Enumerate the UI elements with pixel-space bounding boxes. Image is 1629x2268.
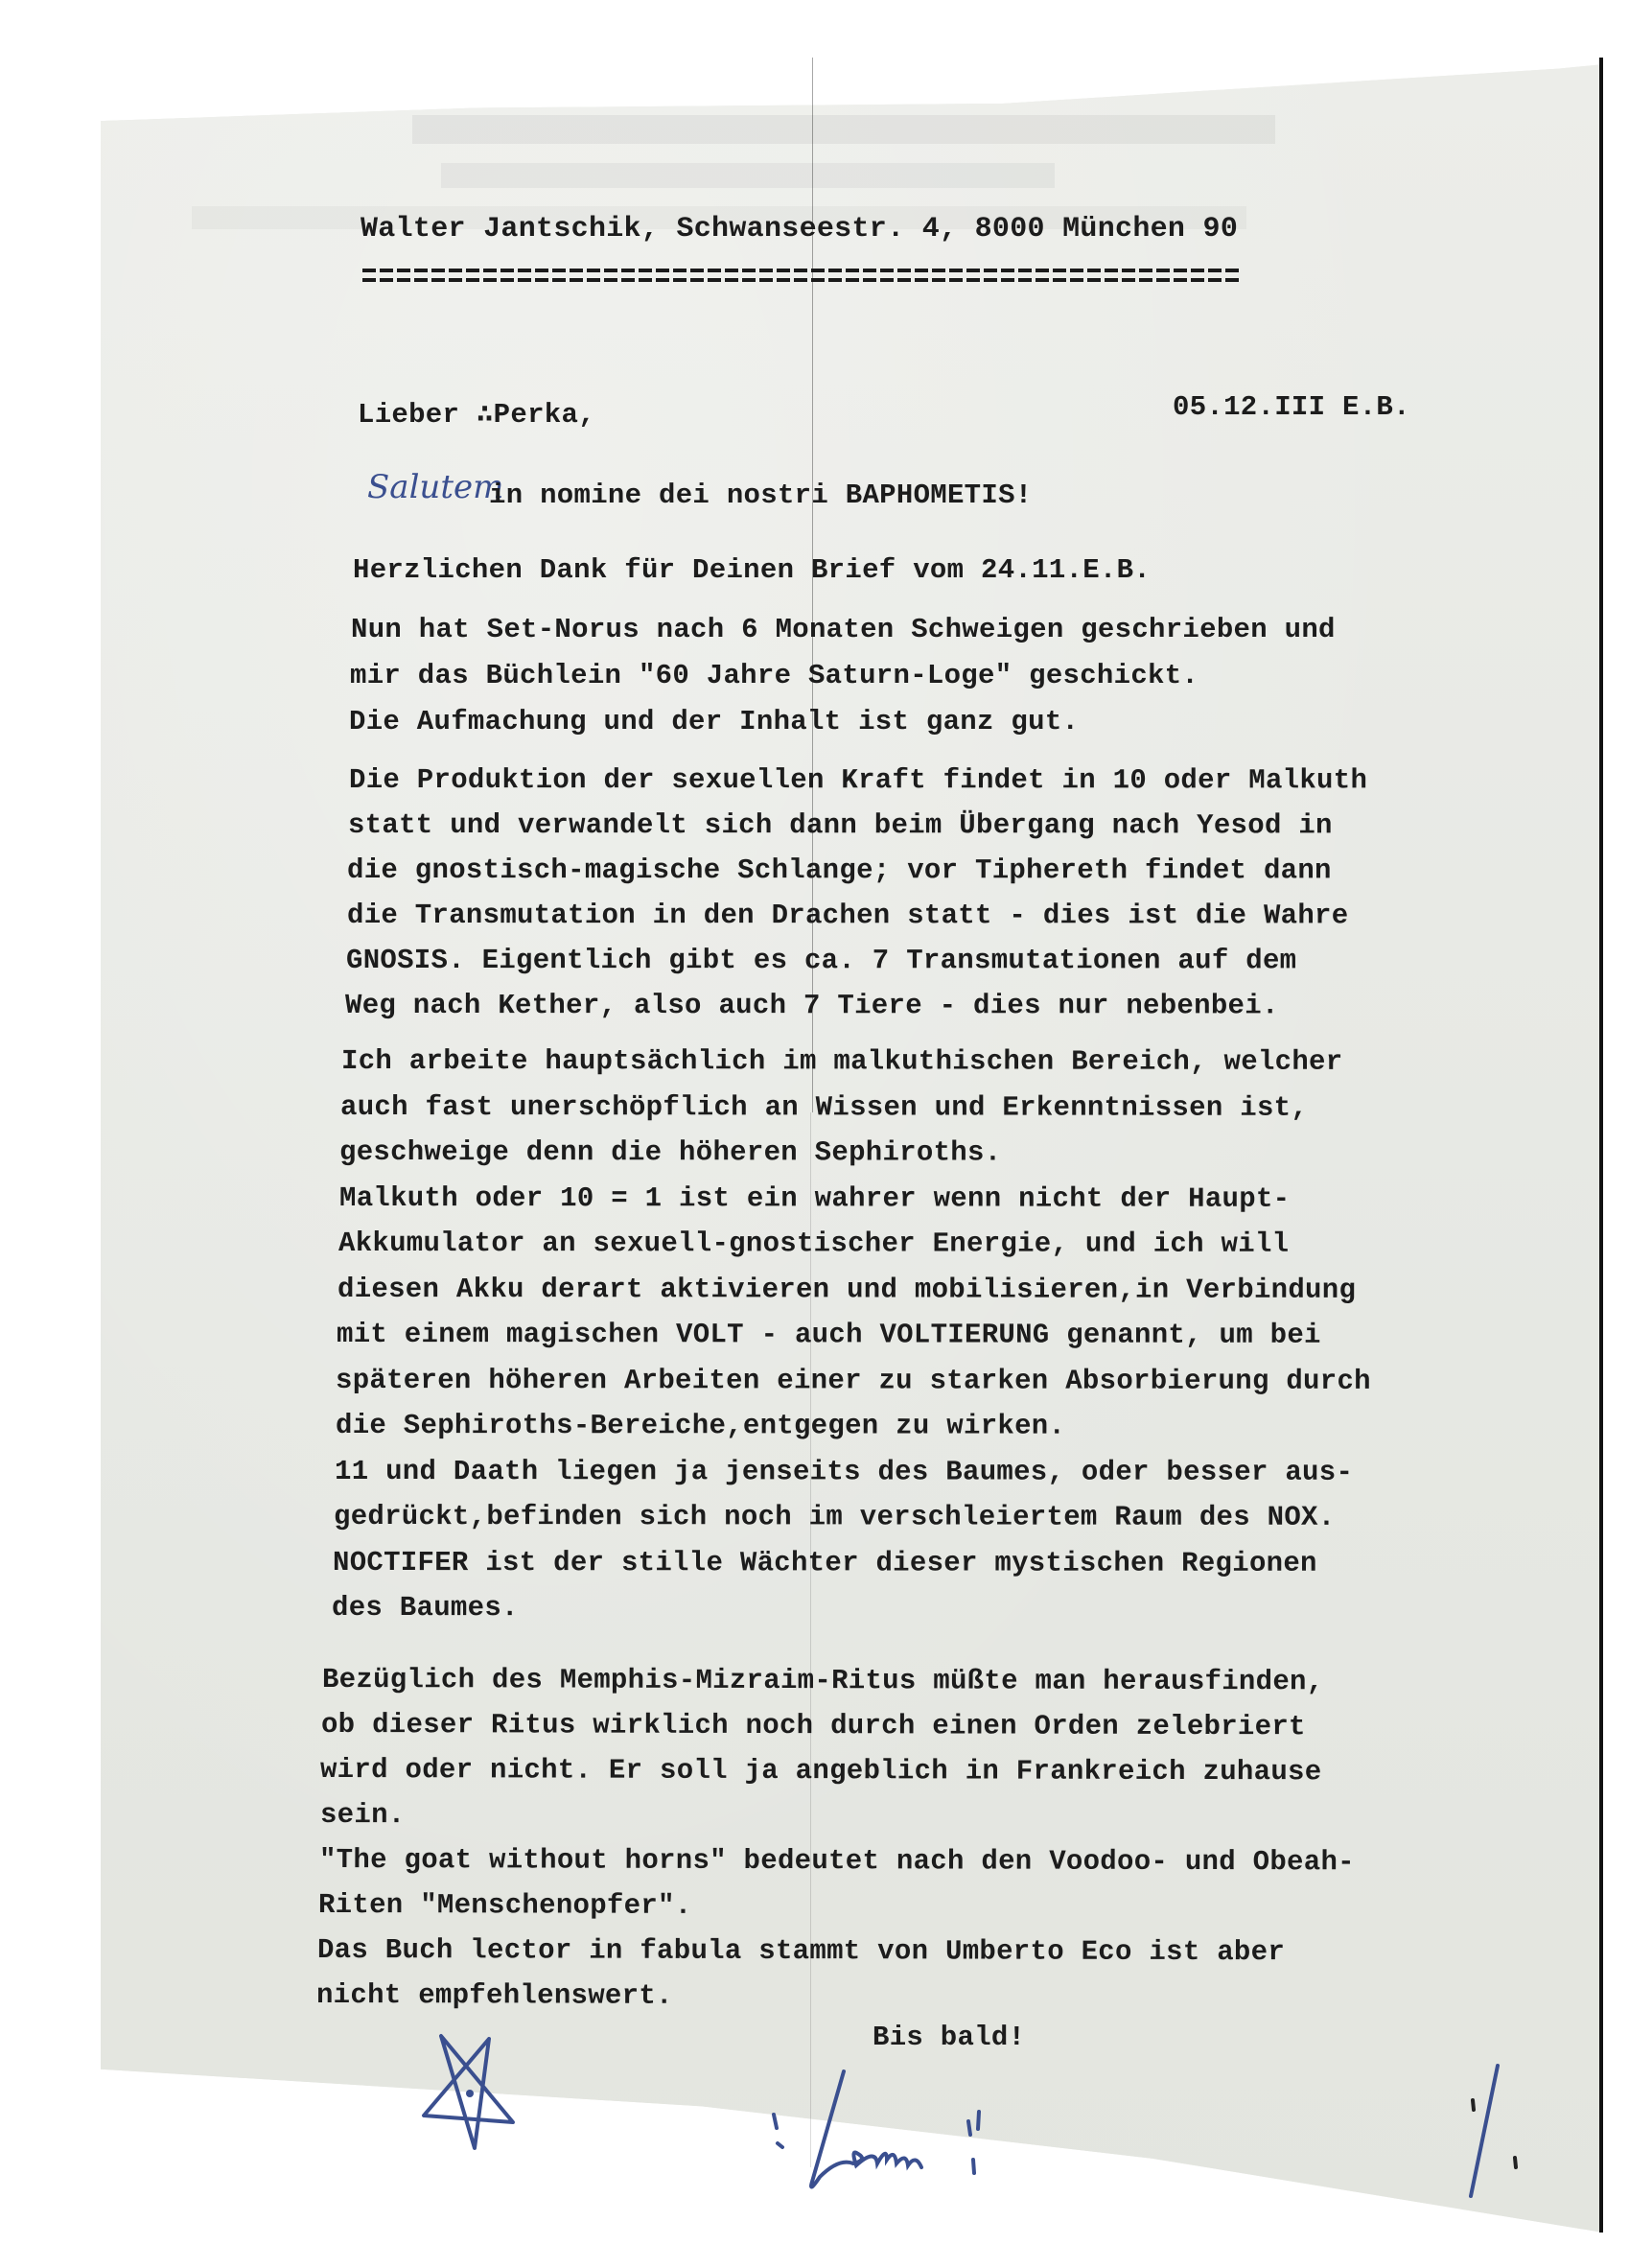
salutation: Lieber ∴Perka, (358, 396, 595, 431)
body-line: die Transmutation in den Drachen statt -… (347, 900, 1348, 931)
pentagram-icon (422, 2031, 527, 2156)
body-line: ob dieser Ritus wirklich noch durch eine… (321, 1709, 1306, 1742)
body-line: diesen Akku derart aktivieren und mobili… (337, 1274, 1356, 1306)
body-line: mit einem magischen VOLT - auch VOLTIERU… (337, 1319, 1321, 1351)
body-line: Ich arbeite hauptsächlich im malkuthisch… (341, 1045, 1342, 1078)
body-line: GNOSIS. Eigentlich gibt es ca. 7 Transmu… (346, 945, 1296, 976)
body-line: des Baumes. (332, 1592, 519, 1624)
body-line: auch fast unerschöpflich an Wissen und E… (340, 1091, 1308, 1124)
body-line: Nun hat Set-Norus nach 6 Monaten Schweig… (351, 614, 1336, 645)
body-line: die Sephiroths-Bereiche,entgegen zu wirk… (336, 1410, 1065, 1442)
handwritten-greeting: Salutem (367, 468, 503, 506)
signature (762, 2071, 1146, 2196)
body-line: Das Buch lector in fabula stammt von Umb… (317, 1934, 1285, 1968)
body-line: nicht empfehlenswert. (316, 1979, 673, 2012)
body-line: sein. (320, 1799, 406, 1831)
letter-document: Walter Jantschik, Schwanseestr. 4, 8000 … (0, 0, 1629, 2268)
body-line: Herzlichen Dank für Deinen Brief vom 24.… (353, 554, 1151, 586)
header-double-rule (362, 269, 1239, 282)
body-line: geschweige denn die höheren Sephiroths. (339, 1136, 1001, 1169)
body-line: statt und verwandelt sich dann beim Über… (348, 809, 1333, 841)
body-line: gedrückt,befinden sich noch im verschlei… (334, 1501, 1335, 1533)
body-line: 11 und Daath liegen ja jenseits des Baum… (335, 1456, 1353, 1488)
slash-mark (1467, 2062, 1524, 2206)
body-line: Die Aufmachung und der Inhalt ist ganz g… (349, 706, 1079, 737)
body-line: Malkuth oder 10 = 1 ist ein wahrer wenn … (339, 1182, 1290, 1215)
body-line: Riten "Menschenopfer". (318, 1889, 692, 1922)
body-line: Bezüglich des Memphis-Mizraim-Ritus müßt… (322, 1664, 1324, 1697)
body-line: "The goat without horns" bedeutet nach d… (319, 1844, 1355, 1878)
body-line: Akkumulator an sexuell-gnostischer Energ… (338, 1228, 1289, 1260)
body-line: Weg nach Kether, also auch 7 Tiere - die… (345, 990, 1279, 1021)
letter-date: 05.12.III E.B. (1173, 391, 1410, 423)
body-line: wird oder nicht. Er soll ja angeblich in… (320, 1754, 1322, 1788)
greeting-line: in nomine dei nostri BAPHOMETIS! (489, 479, 1033, 511)
body-line: späteren höheren Arbeiten einer zu stark… (336, 1365, 1371, 1397)
body-line: die gnostisch-magische Schlange; vor Tip… (347, 854, 1332, 886)
body-line: NOCTIFER ist der stille Wächter dieser m… (333, 1547, 1317, 1579)
body-line: mir das Büchlein "60 Jahre Saturn-Loge" … (350, 660, 1198, 691)
body-line: Die Produktion der sexuellen Kraft finde… (349, 764, 1367, 796)
closing: Bis bald! (873, 2022, 1025, 2053)
sender-header: Walter Jantschik, Schwanseestr. 4, 8000 … (361, 213, 1238, 246)
